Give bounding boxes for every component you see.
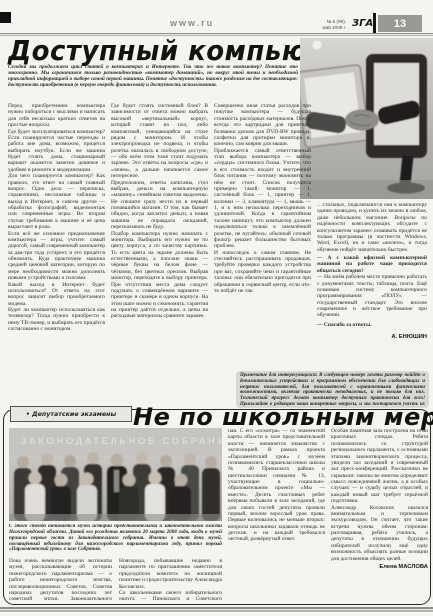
article1-column-4: …стальных, подключаются они к компьютеру… xyxy=(317,202,427,370)
qa-answer: — На моём рабочем месте привычно работат… xyxy=(317,274,427,319)
article2-column-d-text: Особая памятная зала построена на семи к… xyxy=(331,428,428,562)
site-url: www.ru xyxy=(170,18,214,28)
newspaper-page: www.ru № 5 (99), май 2009 г. ЗГА 13 Дост… xyxy=(0,0,433,616)
photo-computers-handshake xyxy=(300,38,433,199)
article2-column-a: Пока очень немногие видели экспонаты муз… xyxy=(9,558,112,600)
article1-column-4-text: …стальных, подключаются они к компьютеру… xyxy=(317,202,427,253)
photo-banner-text: ЗАКОНОДАТЕЛЬНОЕ СОБРАНИЕ xyxy=(21,436,222,446)
article1-column-3: Совершенно иная статья расходов при поку… xyxy=(214,103,311,367)
article1-column-1: Перед приобретением компьютера нужно поб… xyxy=(8,103,105,406)
article2-column-d: Особая памятная зала построена на семи к… xyxy=(331,428,428,598)
header-divider xyxy=(373,13,376,34)
qa-question: — А с какой офисной компьютерной машиной… xyxy=(317,255,427,274)
article1-column-2: Где будет стоять системный блок? В завис… xyxy=(111,103,208,406)
thanks-line: — Спасибо за ответы. xyxy=(317,322,427,328)
bottom-rule xyxy=(0,607,433,612)
issue-date: май 2009 г. xyxy=(300,25,346,31)
page-number-badge: 13 xyxy=(378,15,422,32)
paper-logo: ЗГА xyxy=(352,18,373,29)
rubric-kicker: • Депутатские экзамены xyxy=(10,406,132,422)
computers-handshake-illustration xyxy=(300,38,433,199)
issue-info: № 5 (99), май 2009 г. xyxy=(300,19,346,31)
schoolchildren-illustration: ЗАКОНОДАТЕЛЬНОЕ СОБРАНИЕ xyxy=(9,428,222,521)
article1-byline: А. ЕНЮШИН xyxy=(317,334,427,340)
photo-schoolchildren-group: ЗАКОНОДАТЕЛЬНОЕ СОБРАНИЕ xyxy=(9,428,222,521)
article2-column-c: ная. С его «осмотра» — со знаменитой кар… xyxy=(228,428,325,598)
article1-intro: Сегодня мы продолжаем цикл статей о комп… xyxy=(8,64,298,101)
header-corner-mark xyxy=(0,12,11,23)
article2-title: Не по школьным меркам xyxy=(133,403,431,431)
article2-byline: Елена МАСЛОВА xyxy=(331,564,428,570)
article2-column-b: Новгорода, побывавшие недавно в парламен… xyxy=(119,558,222,600)
photo-caption: С этого стенда начинается музей истории … xyxy=(9,524,222,556)
